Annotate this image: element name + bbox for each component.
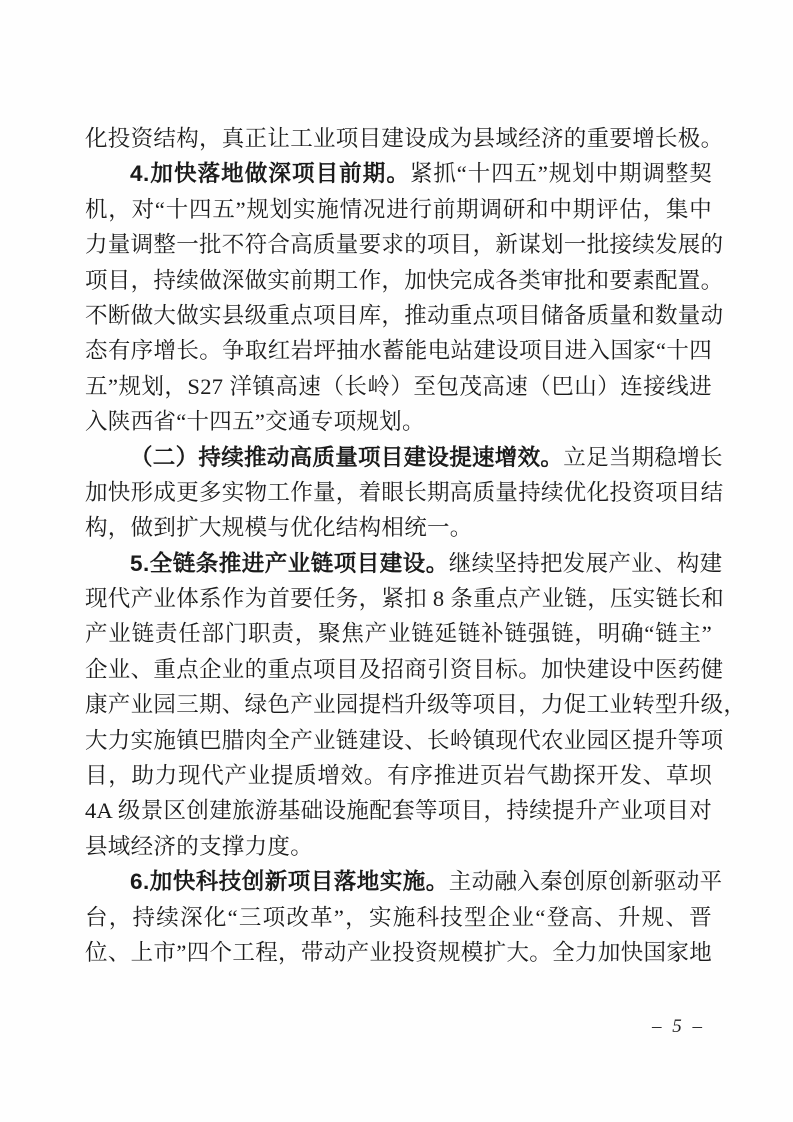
text-line: 4.加快落地做深项目前期。紧抓“十四五”规划中期调整契: [85, 156, 712, 191]
text-line: 五”规划，S27 洋镇高速（长岭）至包茂高速（巴山）连接线进: [85, 369, 712, 404]
text-line: 化投资结构，真正让工业项目建设成为县域经济的重要增长极。: [85, 121, 712, 156]
line-text: 大力实施镇巴腊肉全产业链建设、长岭镇现代农业园区提升等项: [85, 728, 723, 753]
text-line: 5.全链条推进产业链项目建设。继续坚持把发展产业、构建: [85, 546, 712, 581]
line-text: 产业链责任部门职责，聚焦产业链延链补链强链，明确“链主”: [85, 621, 712, 646]
text-line: 机，对“十四五”规划实施情况进行前期调研和中期评估，集中: [85, 192, 712, 227]
text-line: 目，助力现代产业提质增效。有序推进页岩气勘探开发、草坝: [85, 758, 712, 793]
text-line: 位、上市”四个工程，带动产业投资规模扩大。全力加快国家地: [85, 935, 712, 970]
line-text: 台，持续深化“三项改革”，实施科技型企业“登高、升规、晋: [85, 905, 712, 930]
text-line: 态有序增长。争取红岩坪抽水蓄能电站建设项目进入国家“十四: [85, 333, 712, 368]
heading-5-lead: 5.全链条推进产业链项目建设。: [130, 551, 449, 576]
text-line: 台，持续深化“三项改革”，实施科技型企业“登高、升规、晋: [85, 900, 712, 935]
text-line: 不断做大做实县级重点项目库，推动重点项目储备质量和数量动: [85, 298, 712, 333]
text-line: 大力实施镇巴腊肉全产业链建设、长岭镇现代农业园区提升等项: [85, 723, 712, 758]
line-text: 五”规划，S27 洋镇高速（长岭）至包茂高速（巴山）连接线进: [85, 374, 712, 399]
line-text: 主动融入秦创原创新驱动平: [449, 869, 723, 894]
heading-6-lead: 6.加快科技创新项目落地实施。: [130, 869, 449, 894]
text-line: 产业链责任部门职责，聚焦产业链延链补链强链，明确“链主”: [85, 616, 712, 651]
line-text: 不断做大做实县级重点项目库，推动重点项目储备质量和数量动: [85, 303, 723, 328]
document-body: 化投资结构，真正让工业项目建设成为县域经济的重要增长极。 4.加快落地做深项目前…: [85, 121, 712, 970]
text-line: 构，做到扩大规模与优化结构相统一。: [85, 510, 712, 545]
line-text: 态有序增长。争取红岩坪抽水蓄能电站建设项目进入国家“十四: [85, 338, 712, 363]
line-text: 康产业园三期、绿色产业园提档升级等项目，力促工业转型升级，: [85, 692, 746, 717]
line-text: 继续坚持把发展产业、构建: [449, 551, 723, 576]
line-text: 现代产业体系作为首要任务，紧扣 8 条重点产业链，压实链长和: [85, 586, 724, 611]
line-text: 县域经济的支撑力度。: [85, 834, 313, 859]
line-text: 机，对“十四五”规划实施情况进行前期调研和中期评估，集中: [85, 197, 712, 222]
line-text: 项目，持续做深做实前期工作，加快完成各类审批和要素配置。: [85, 268, 723, 293]
text-line: 4A 级景区创建旅游基础设施配套等项目，持续提升产业项目对: [85, 793, 712, 828]
line-text: 紧抓“十四五”规划中期调整契: [410, 161, 712, 186]
page-number: – 5 –: [652, 1016, 705, 1038]
text-line: 现代产业体系作为首要任务，紧扣 8 条重点产业链，压实链长和: [85, 581, 712, 616]
text-line: 6.加快科技创新项目落地实施。主动融入秦创原创新驱动平: [85, 864, 712, 899]
text-line: （二）持续推动高质量项目建设提速增效。立足当期稳增长: [85, 440, 712, 475]
line-text: 入陕西省“十四五”交通专项规划。: [85, 409, 425, 434]
line-text: 企业、重点企业的重点项目及招商引资目标。加快建设中医药健: [85, 657, 723, 682]
text-line: 康产业园三期、绿色产业园提档升级等项目，力促工业转型升级，: [85, 687, 712, 722]
line-text: 4A 级景区创建旅游基础设施配套等项目，持续提升产业项目对: [85, 798, 712, 823]
line-text: 立足当期稳增长: [563, 445, 723, 470]
document-page: 化投资结构，真正让工业项目建设成为县域经济的重要增长极。 4.加快落地做深项目前…: [0, 0, 793, 1122]
line-text: 力量调整一批不符合高质量要求的项目，新谋划一批接续发展的: [85, 232, 723, 257]
line-text: 化投资结构，真正让工业项目建设成为县域经济的重要增长极。: [85, 126, 723, 151]
line-text: 目，助力现代产业提质增效。有序推进页岩气勘探开发、草坝: [85, 763, 712, 788]
text-line: 力量调整一批不符合高质量要求的项目，新谋划一批接续发展的: [85, 227, 712, 262]
heading-section-2-lead: （二）持续推动高质量项目建设提速增效。: [130, 445, 563, 470]
heading-4-lead: 4.加快落地做深项目前期。: [130, 161, 410, 186]
line-text: 构，做到扩大规模与优化结构相统一。: [85, 515, 473, 540]
line-text: 位、上市”四个工程，带动产业投资规模扩大。全力加快国家地: [85, 940, 712, 965]
text-line: 项目，持续做深做实前期工作，加快完成各类审批和要素配置。: [85, 263, 712, 298]
text-line: 入陕西省“十四五”交通专项规划。: [85, 404, 712, 439]
line-text: 加快形成更多实物工作量，着眼长期高质量持续优化投资项目结: [85, 480, 723, 505]
text-line: 加快形成更多实物工作量，着眼长期高质量持续优化投资项目结: [85, 475, 712, 510]
text-line: 县域经济的支撑力度。: [85, 829, 712, 864]
text-line: 企业、重点企业的重点项目及招商引资目标。加快建设中医药健: [85, 652, 712, 687]
